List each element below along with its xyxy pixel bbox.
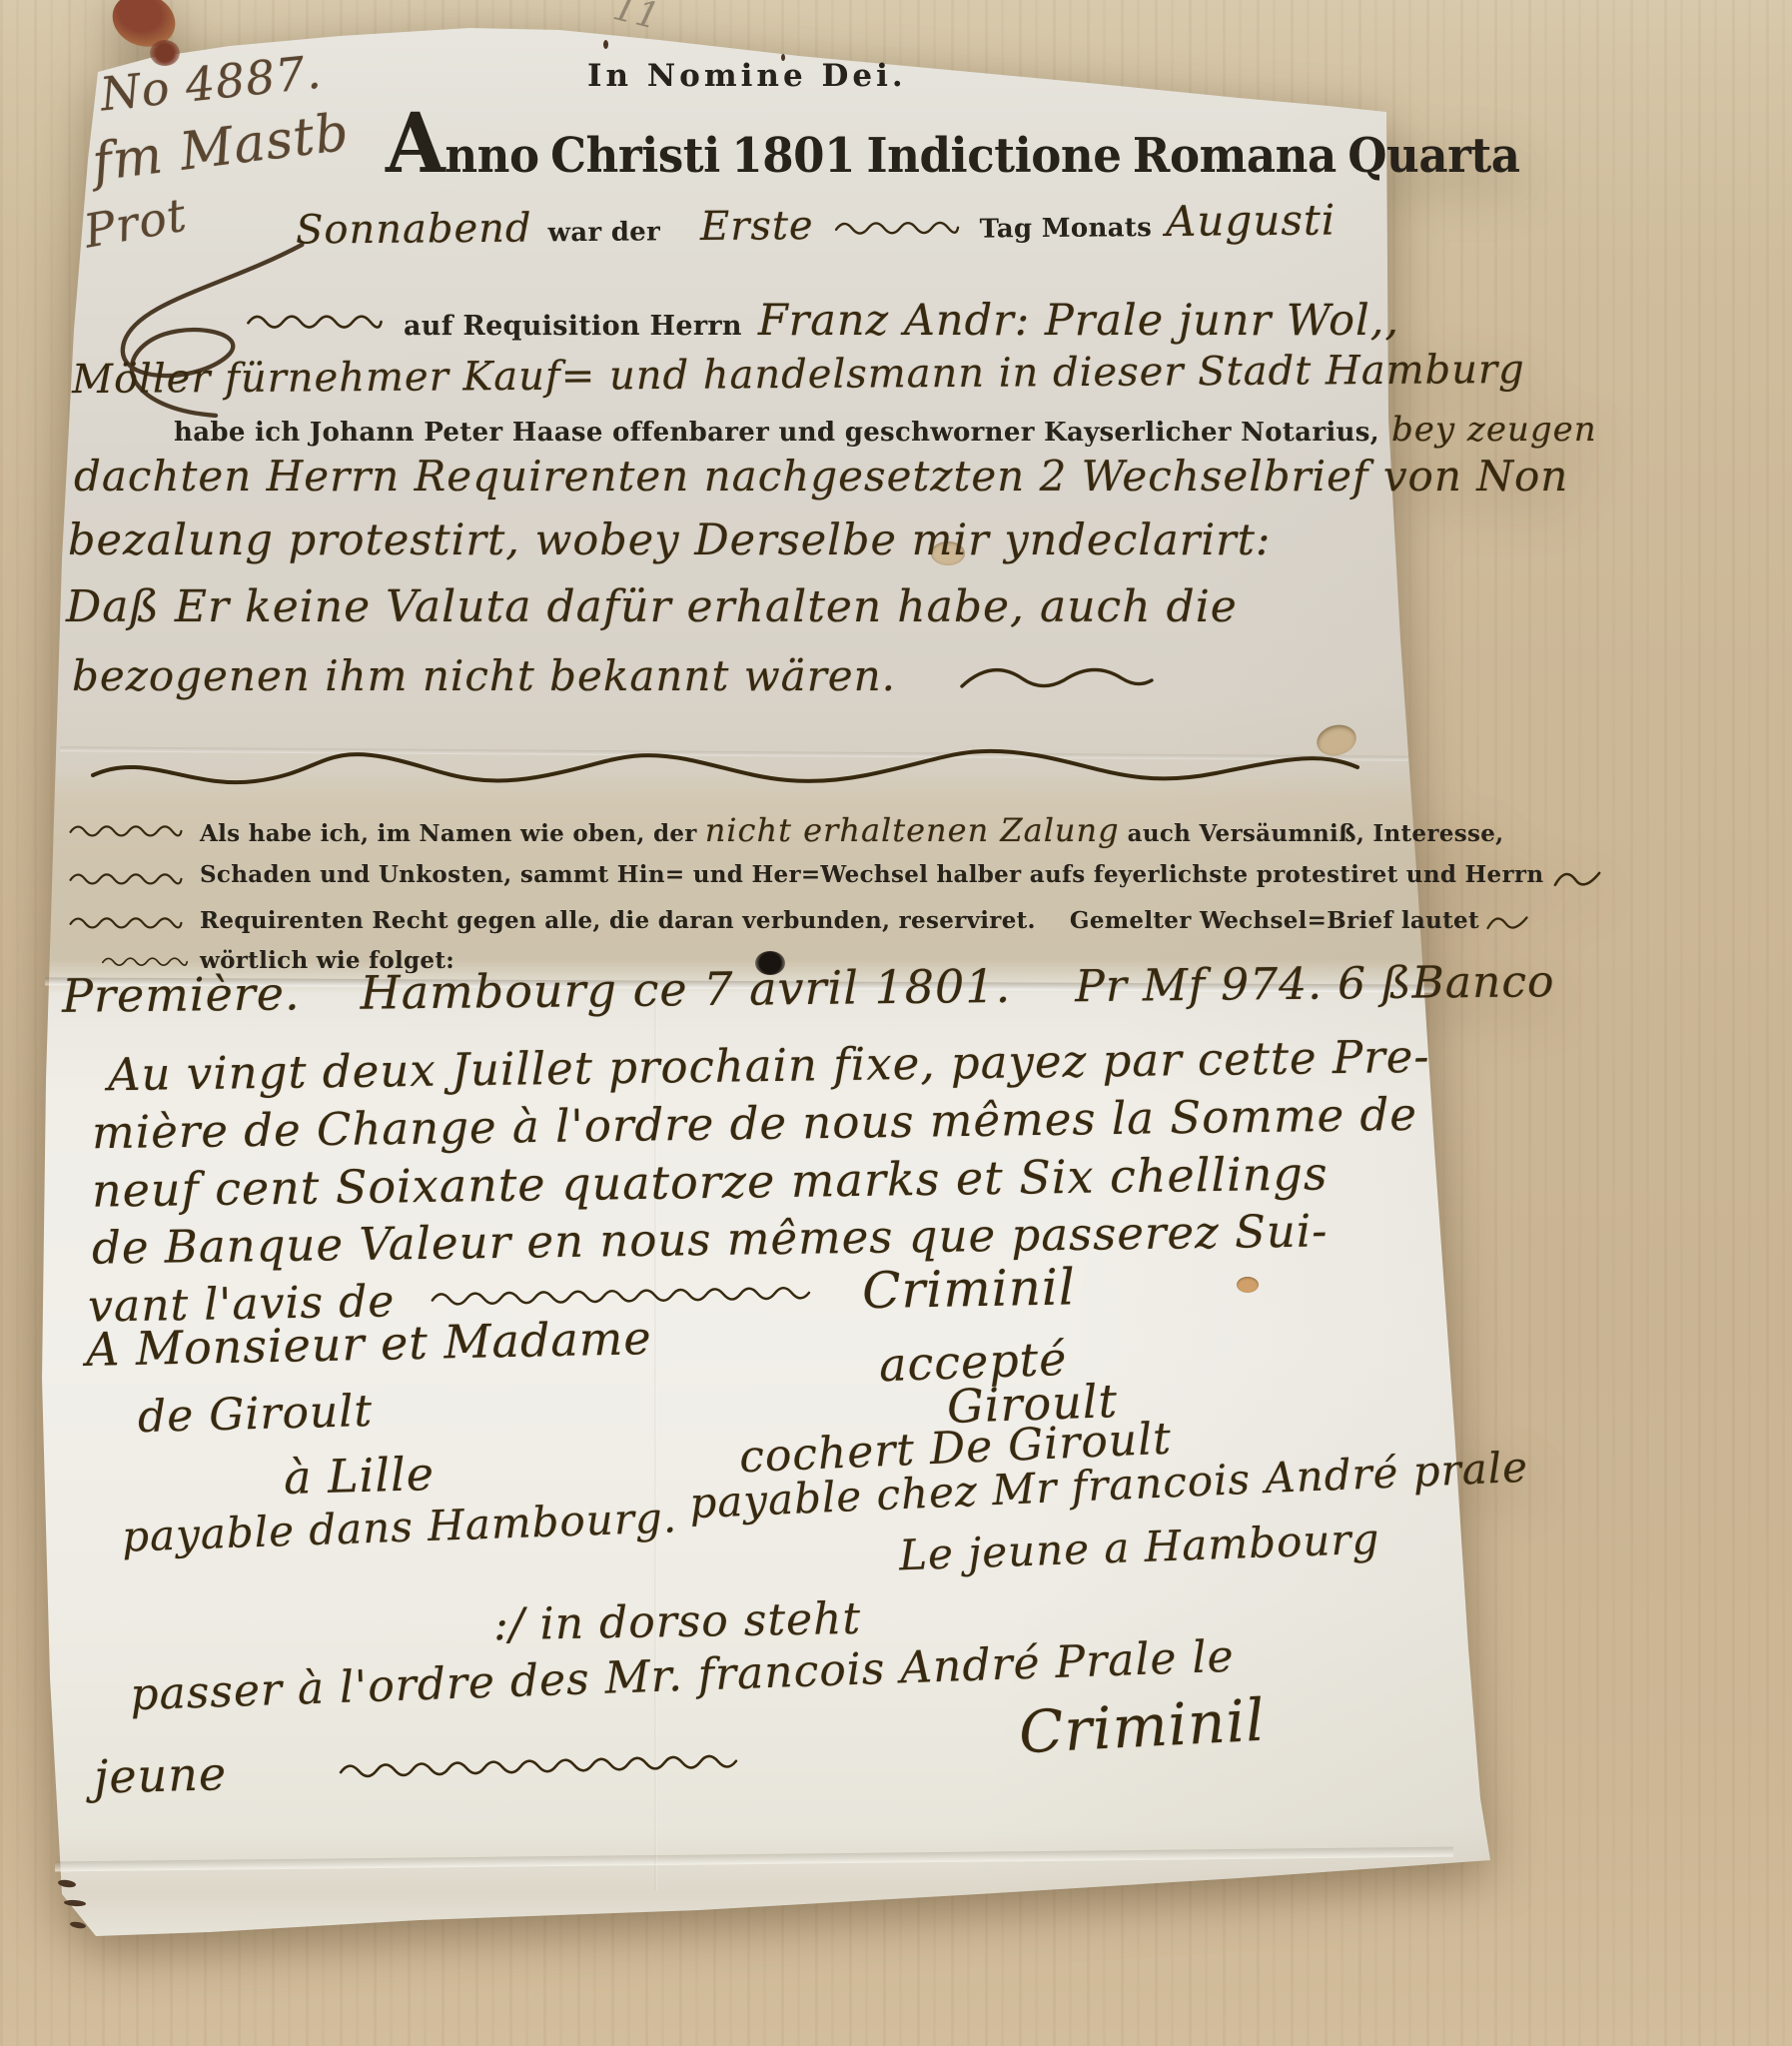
clause-line-1b: auch Versäumniß, Interesse, <box>1128 820 1504 847</box>
requisition-printed: auf Requisition Herrn <box>404 311 742 342</box>
notary-line: habe ich Johann Peter Haase offenbarer u… <box>174 410 1597 450</box>
edge-speck-3 <box>70 1921 87 1930</box>
clause-line-3a: Requirenten Recht gegen alle, die daran … <box>200 907 1036 934</box>
bill-place-date: Hambourg ce 7 avril 1801. <box>360 959 1011 1020</box>
line-end-swirl <box>956 654 1156 698</box>
endorsement-jeune: jeune <box>93 1746 227 1803</box>
requisition-squiggle <box>240 309 390 333</box>
date-line-printed-2: Tag Monats <box>980 213 1153 245</box>
invocation: In Nomine Dei. <box>587 58 907 94</box>
clause-line-1a: Als habe ich, im Namen wie oben, der <box>200 820 697 847</box>
date-line-month: Augusti <box>1166 195 1337 245</box>
requisition-name: Franz Andr: Prale junr Wol,, <box>758 296 1399 346</box>
date-line: Sonnabend war der Erste Tag Monats Augus… <box>296 195 1337 253</box>
top-speck-1 <box>603 40 608 49</box>
protest-body-line-4-text: bezogenen ihm nicht bekannt wären. <box>72 651 896 700</box>
protest-body-line-3: Daß Er keine Valuta dafür erhalten habe,… <box>66 581 1238 632</box>
clause-line-2: Schaden und Unkosten, sammt Hin= und Her… <box>66 861 1605 895</box>
bill-premiere: Première. <box>62 966 301 1022</box>
clause-squiggle-2 <box>66 868 186 888</box>
protest-body-line-1: dachten Herrn Requirenten nachgesetzten … <box>74 452 1568 501</box>
bill-amount: Pr Mf 974. 6 ßBanco <box>1075 956 1555 1012</box>
flourish-divider <box>80 735 1368 791</box>
notary-handwritten: bey zeugen <box>1391 410 1597 450</box>
notary-printed: habe ich Johann Peter Haase offenbarer u… <box>174 418 1379 448</box>
clause-line-2-paraph <box>1549 861 1605 895</box>
clause-line-3: Requirenten Recht gegen alle, die daran … <box>66 907 1531 937</box>
date-line-weekday: Sonnabend <box>296 205 532 253</box>
clause-line-3b: Gemelter Wechsel=Brief lautet <box>1070 907 1479 934</box>
endorsement-signature: Criminil <box>1017 1686 1267 1767</box>
clause-line-1-insert: nicht erhaltenen Zalung <box>705 811 1120 849</box>
date-line-squiggle <box>832 216 962 239</box>
clause-squiggle-3 <box>66 912 186 932</box>
endorsement-squiggle <box>267 1744 826 1785</box>
address-line-2: de Giroult <box>137 1386 373 1443</box>
paper-hole-3 <box>1237 1277 1259 1293</box>
clause-line-3-paraph <box>1483 907 1531 937</box>
bill-avis-signature: Criminil <box>862 1258 1077 1320</box>
photo-of-document: 11 No 4887. fm Mastb Prot In Nomine Dei.… <box>0 0 1792 2046</box>
requisition-line: auf Requisition Herrn Franz Andr: Prale … <box>240 296 1399 346</box>
document-sheet: No 4887. fm Mastb Prot In Nomine Dei. An… <box>0 0 1792 2046</box>
clause-line-1: Als habe ich, im Namen wie oben, der nic… <box>66 811 1503 849</box>
date-line-printed-1: war der <box>547 217 660 248</box>
clause-line-2-text: Schaden und Unkosten, sammt Hin= und Her… <box>200 861 1543 888</box>
protest-body-line-4: bezogenen ihm nicht bekannt wären. <box>72 651 1156 700</box>
address-line-3: à Lille <box>283 1447 435 1505</box>
avis-squiggle <box>429 1279 828 1312</box>
date-line-day: Erste <box>700 203 814 250</box>
anno-christi-title: Anno Christi 1801 Indictione Romana Quar… <box>386 96 1520 192</box>
endorsement-intro: :/ in dorso steht <box>493 1593 862 1650</box>
protest-body-line-2: bezalung protestirt, wobey Derselbe mir … <box>68 515 1271 565</box>
clause-squiggle-1 <box>66 820 186 840</box>
